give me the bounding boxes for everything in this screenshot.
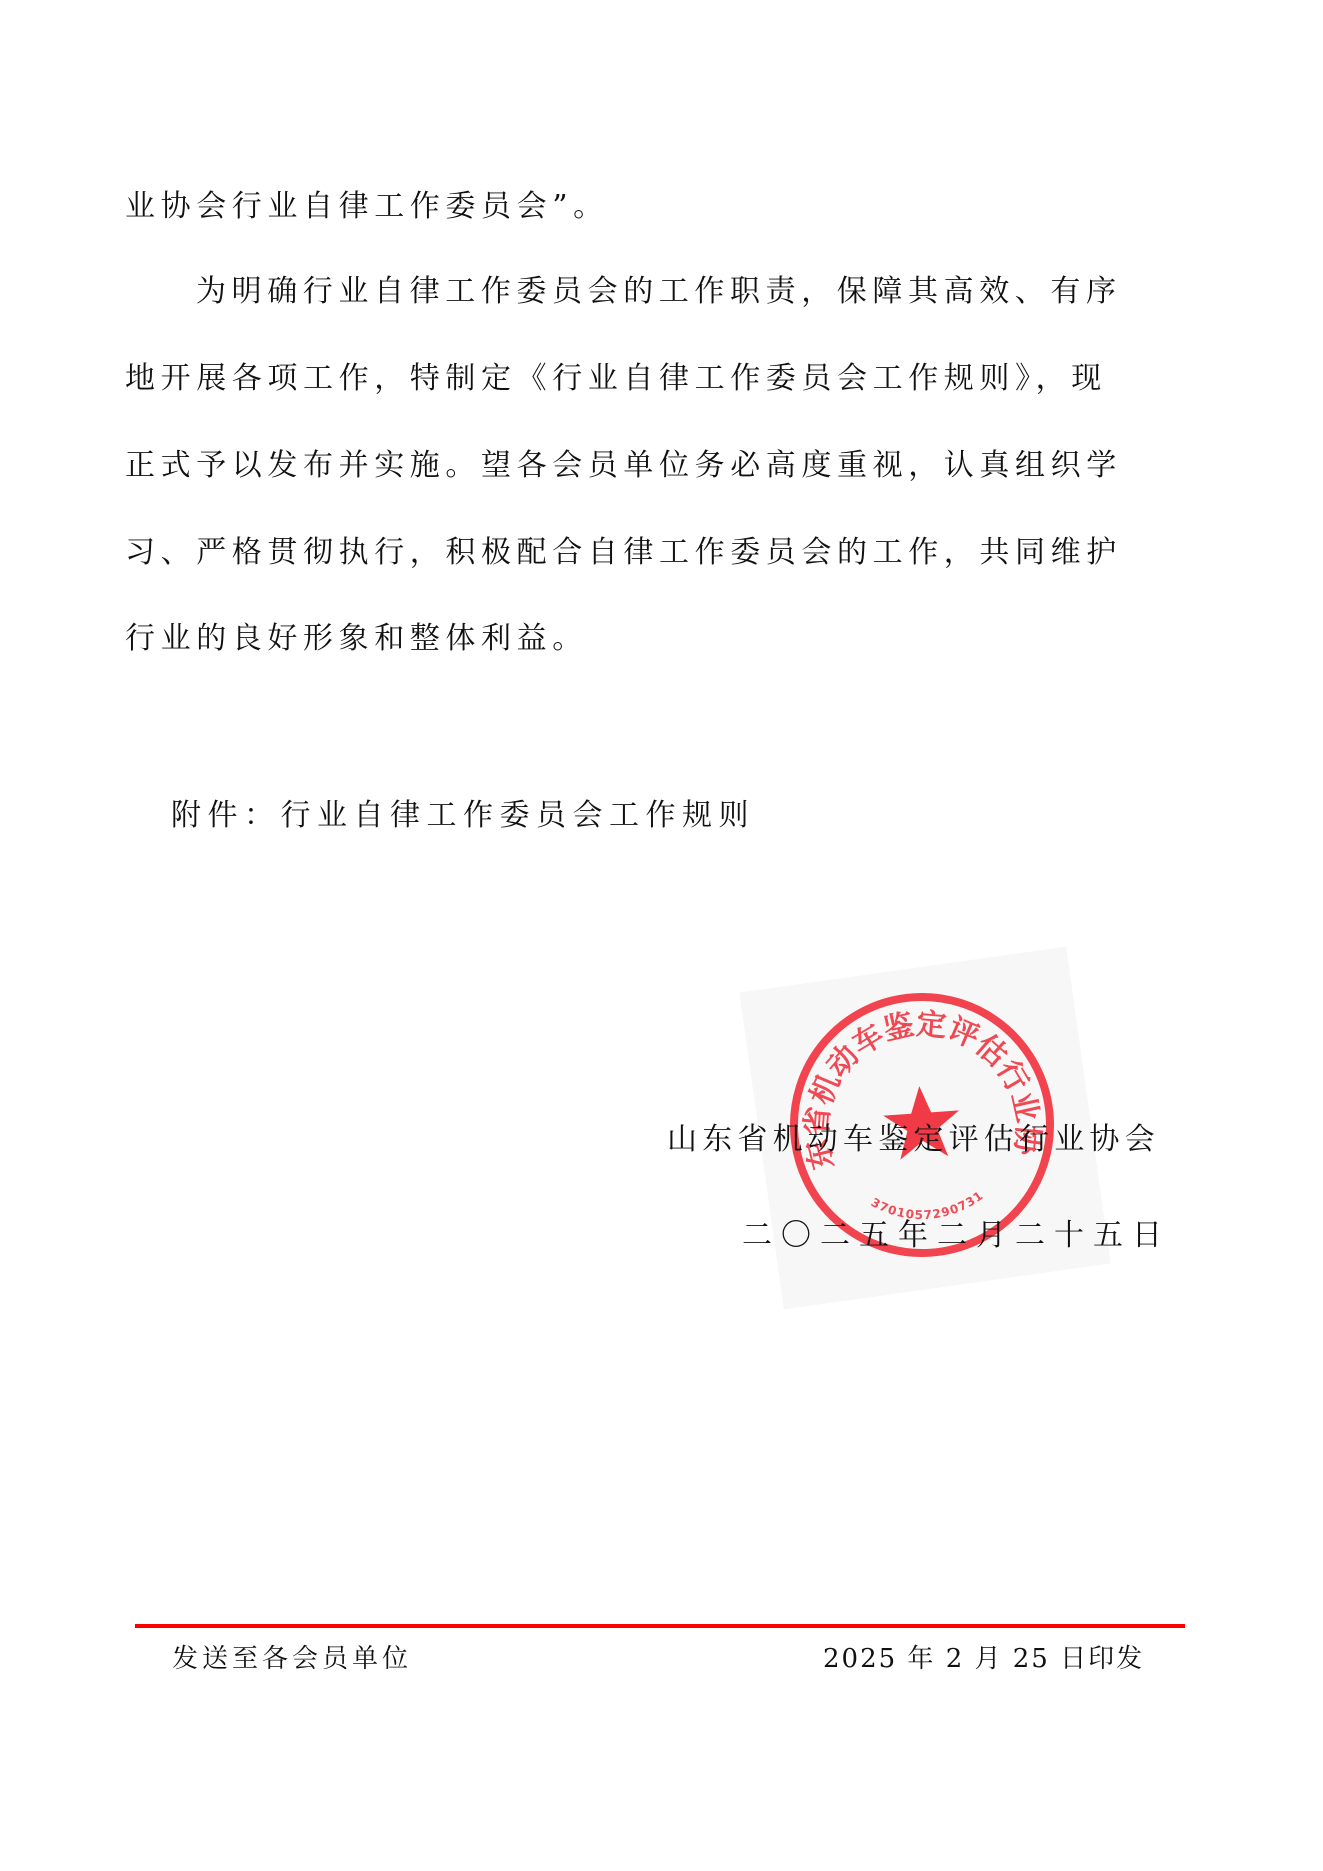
distribution-note: 发送至各会员单位 — [172, 1644, 412, 1674]
print-date: 2025 年 2 月 25 日印发 — [823, 1644, 1144, 1674]
body-line-4: 正式予以发布并实施。望各会员单位务必高度重视，认真组织学 — [125, 448, 1122, 484]
signature-date: 二〇二五年二月二十五日 — [742, 1218, 1171, 1254]
footer-red-rule — [135, 1624, 1185, 1628]
attachment-line: 附件：行业自律工作委员会工作规则 — [171, 798, 755, 834]
body-line-2: 为明确行业自律工作委员会的工作职责，保障其高效、有序 — [196, 274, 1122, 310]
signature-organization: 山东省机动车鉴定评估行业协会 — [667, 1122, 1160, 1158]
body-line-3: 地开展各项工作，特制定《行业自律工作委员会工作规则》，现 — [125, 361, 1107, 397]
body-line-6: 行业的良好形象和整体利益。 — [125, 621, 588, 657]
body-line-5: 习、严格贯彻执行，积极配合自律工作委员会的工作，共同维护 — [125, 535, 1122, 571]
body-line-1: 业协会行业自律工作委员会”。 — [125, 189, 609, 225]
